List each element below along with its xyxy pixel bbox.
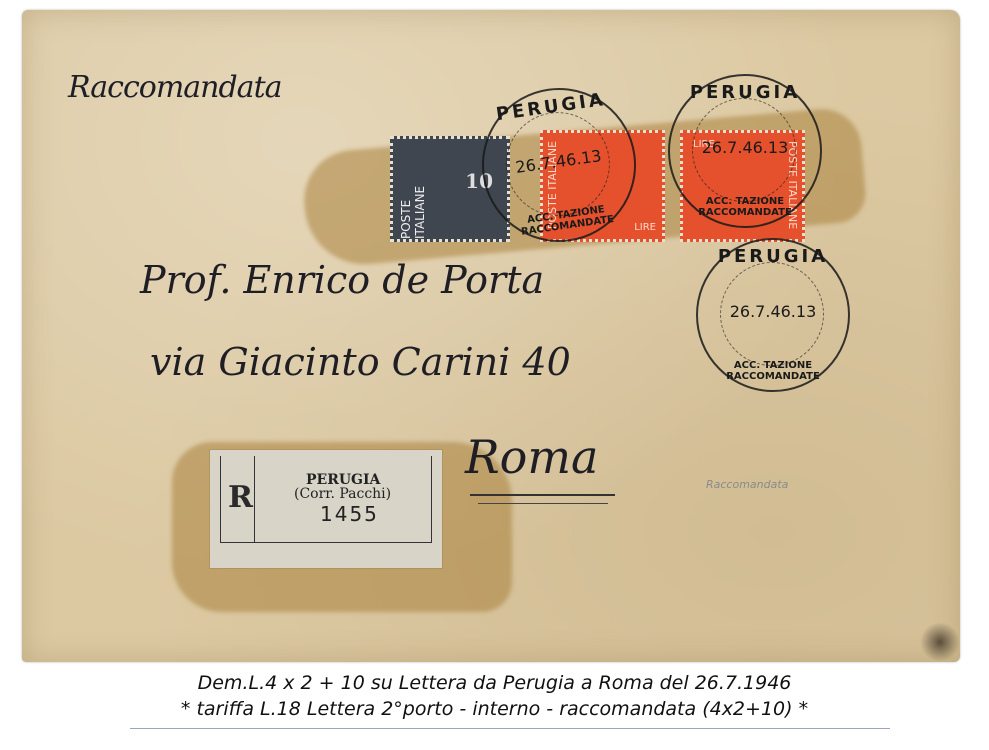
postmark: PERUGIA 26.7.46.13 ACC. TAZIONE RACCOMAN… (696, 238, 850, 392)
postmark: PERUGIA 26.7.46.13 ACC. TAZIONE RACCOMAN… (668, 74, 822, 228)
postmark-city: PERUGIA (698, 246, 848, 267)
city-underline (470, 494, 615, 496)
registration-label: R PERUGIA (Corr. Pacchi) 1455 (210, 450, 442, 568)
registration-number: 1455 (320, 502, 379, 526)
caption-rule (130, 728, 890, 729)
recipient-city: Roma (465, 430, 598, 484)
registration-office: (Corr. Pacchi) (294, 486, 391, 502)
caption-line-1: Dem.L.4 x 2 + 10 su Lettera da Perugia a… (0, 672, 989, 694)
postmark-office: ACC. TAZIONE RACCOMANDATE (698, 360, 848, 382)
pencil-note: Raccomandata (706, 478, 788, 491)
caption-line-2: * tariffa L.18 Lettera 2°porto - interno… (0, 698, 989, 720)
stamp-currency: LIRE (634, 222, 656, 233)
stamp-country: POSTE ITALIANE (399, 143, 427, 239)
postmark-date: 26.7.46.13 (698, 302, 848, 321)
service-note: Raccomandata (68, 70, 282, 105)
recipient-name: Prof. Enrico de Porta (140, 258, 544, 302)
registration-letter: R (228, 480, 253, 515)
city-underline-2 (478, 503, 608, 504)
postmark-date: 26.7.46.13 (670, 138, 820, 157)
recipient-street: via Giacinto Carini 40 (150, 340, 571, 384)
corner-wear (920, 622, 960, 662)
postmark-city: PERUGIA (670, 82, 820, 103)
postmark-office: ACC. TAZIONE RACCOMANDATE (670, 196, 820, 218)
